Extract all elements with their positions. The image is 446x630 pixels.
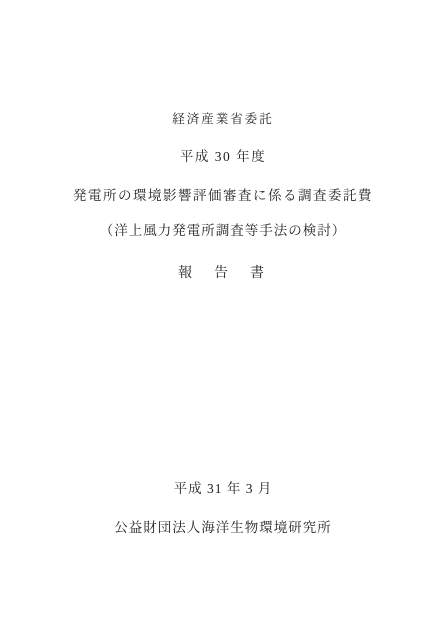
organization-name: 公益財団法人海洋生物環境研究所: [0, 520, 446, 536]
document-type-label: 報 告 書: [0, 266, 446, 282]
fiscal-year: 平成 30 年度: [0, 149, 446, 165]
publication-date: 平成 31 年 3 月: [0, 481, 446, 497]
report-subtitle: （洋上風力発電所調査等手法の検討）: [0, 223, 446, 239]
report-title: 発電所の環境影響評価審査に係る調査委託費: [0, 188, 446, 204]
report-cover-page: 経済産業省委託 平成 30 年度 発電所の環境影響評価審査に係る調査委託費 （洋…: [0, 0, 446, 630]
commission-header: 経済産業省委託: [0, 111, 446, 127]
